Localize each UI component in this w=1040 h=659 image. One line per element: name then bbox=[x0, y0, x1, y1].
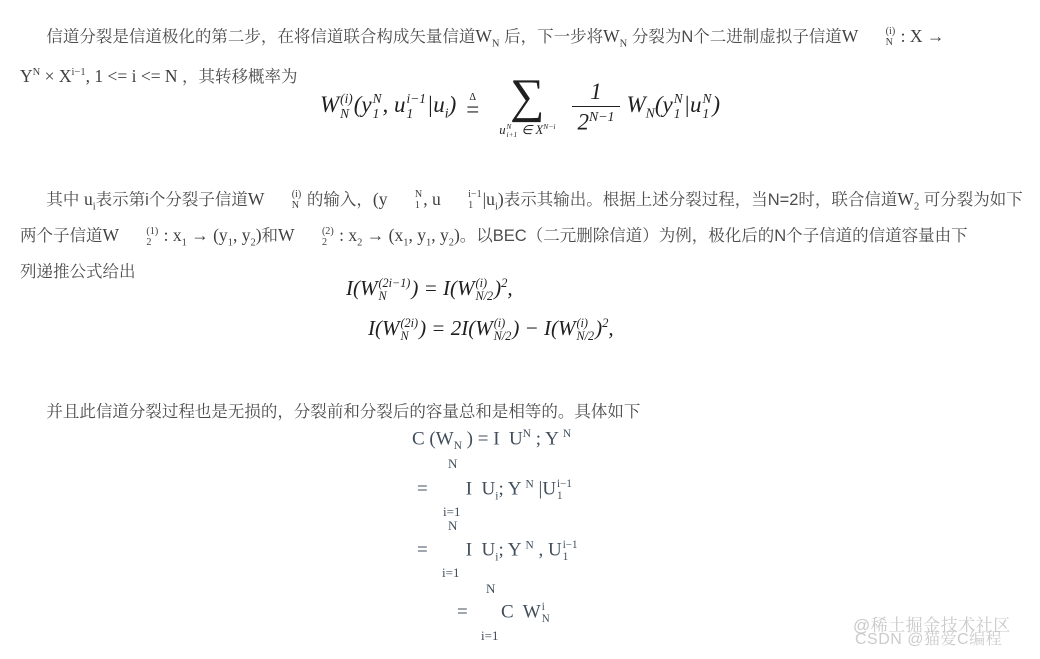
formula-line-3-lower: i=1 bbox=[442, 565, 459, 581]
paragraph-lossless-statement: 并且此信道分裂过程也是无损的，分裂前和分裂后的容量总和是相等的。具体如下 bbox=[20, 398, 1025, 427]
formula-line-1-limit: N bbox=[448, 456, 457, 472]
display-formula-transition-probability: W(i)N(yN1, ui−11|ui)Δ=∑uNi+1 ∈ XN−i12N−1… bbox=[0, 74, 1040, 139]
formula-line-1: C (WN ) = I UN ; Y N bbox=[412, 428, 571, 452]
paragraph-subchannel-explanation: 其中 ui表示第i个分裂子信道W(i)N 的输入，(yN1, ui−11|ui)… bbox=[20, 185, 1025, 287]
watermark-csdn-author: CSDN @猫爱C编程 bbox=[855, 626, 1002, 649]
formula-line-3-upper: N bbox=[486, 581, 495, 597]
display-formula-capacity-recursion-line1: I(W(2i−1)N) = I(W(i)N/2)2, bbox=[346, 276, 513, 304]
display-formula-capacity-recursion-line2: I(W(2i)N) = 2I(W(i)N/2) − I(W(i)N/2)2, bbox=[368, 316, 614, 344]
article-content: 信道分裂是信道极化的第二步，在将信道联合构成矢量信道WN 后，下一步将WN 分裂… bbox=[0, 0, 1040, 659]
formula-line-4-lower: i=1 bbox=[481, 628, 498, 644]
formula-line-2: = I Ui; Y N |Ui−11 bbox=[417, 478, 573, 503]
formula-line-2-upper: N bbox=[448, 518, 457, 534]
formula-line-4: = C WiN bbox=[457, 601, 551, 626]
formula-line-3: = I Ui; Y N , Ui−11 bbox=[417, 539, 579, 564]
